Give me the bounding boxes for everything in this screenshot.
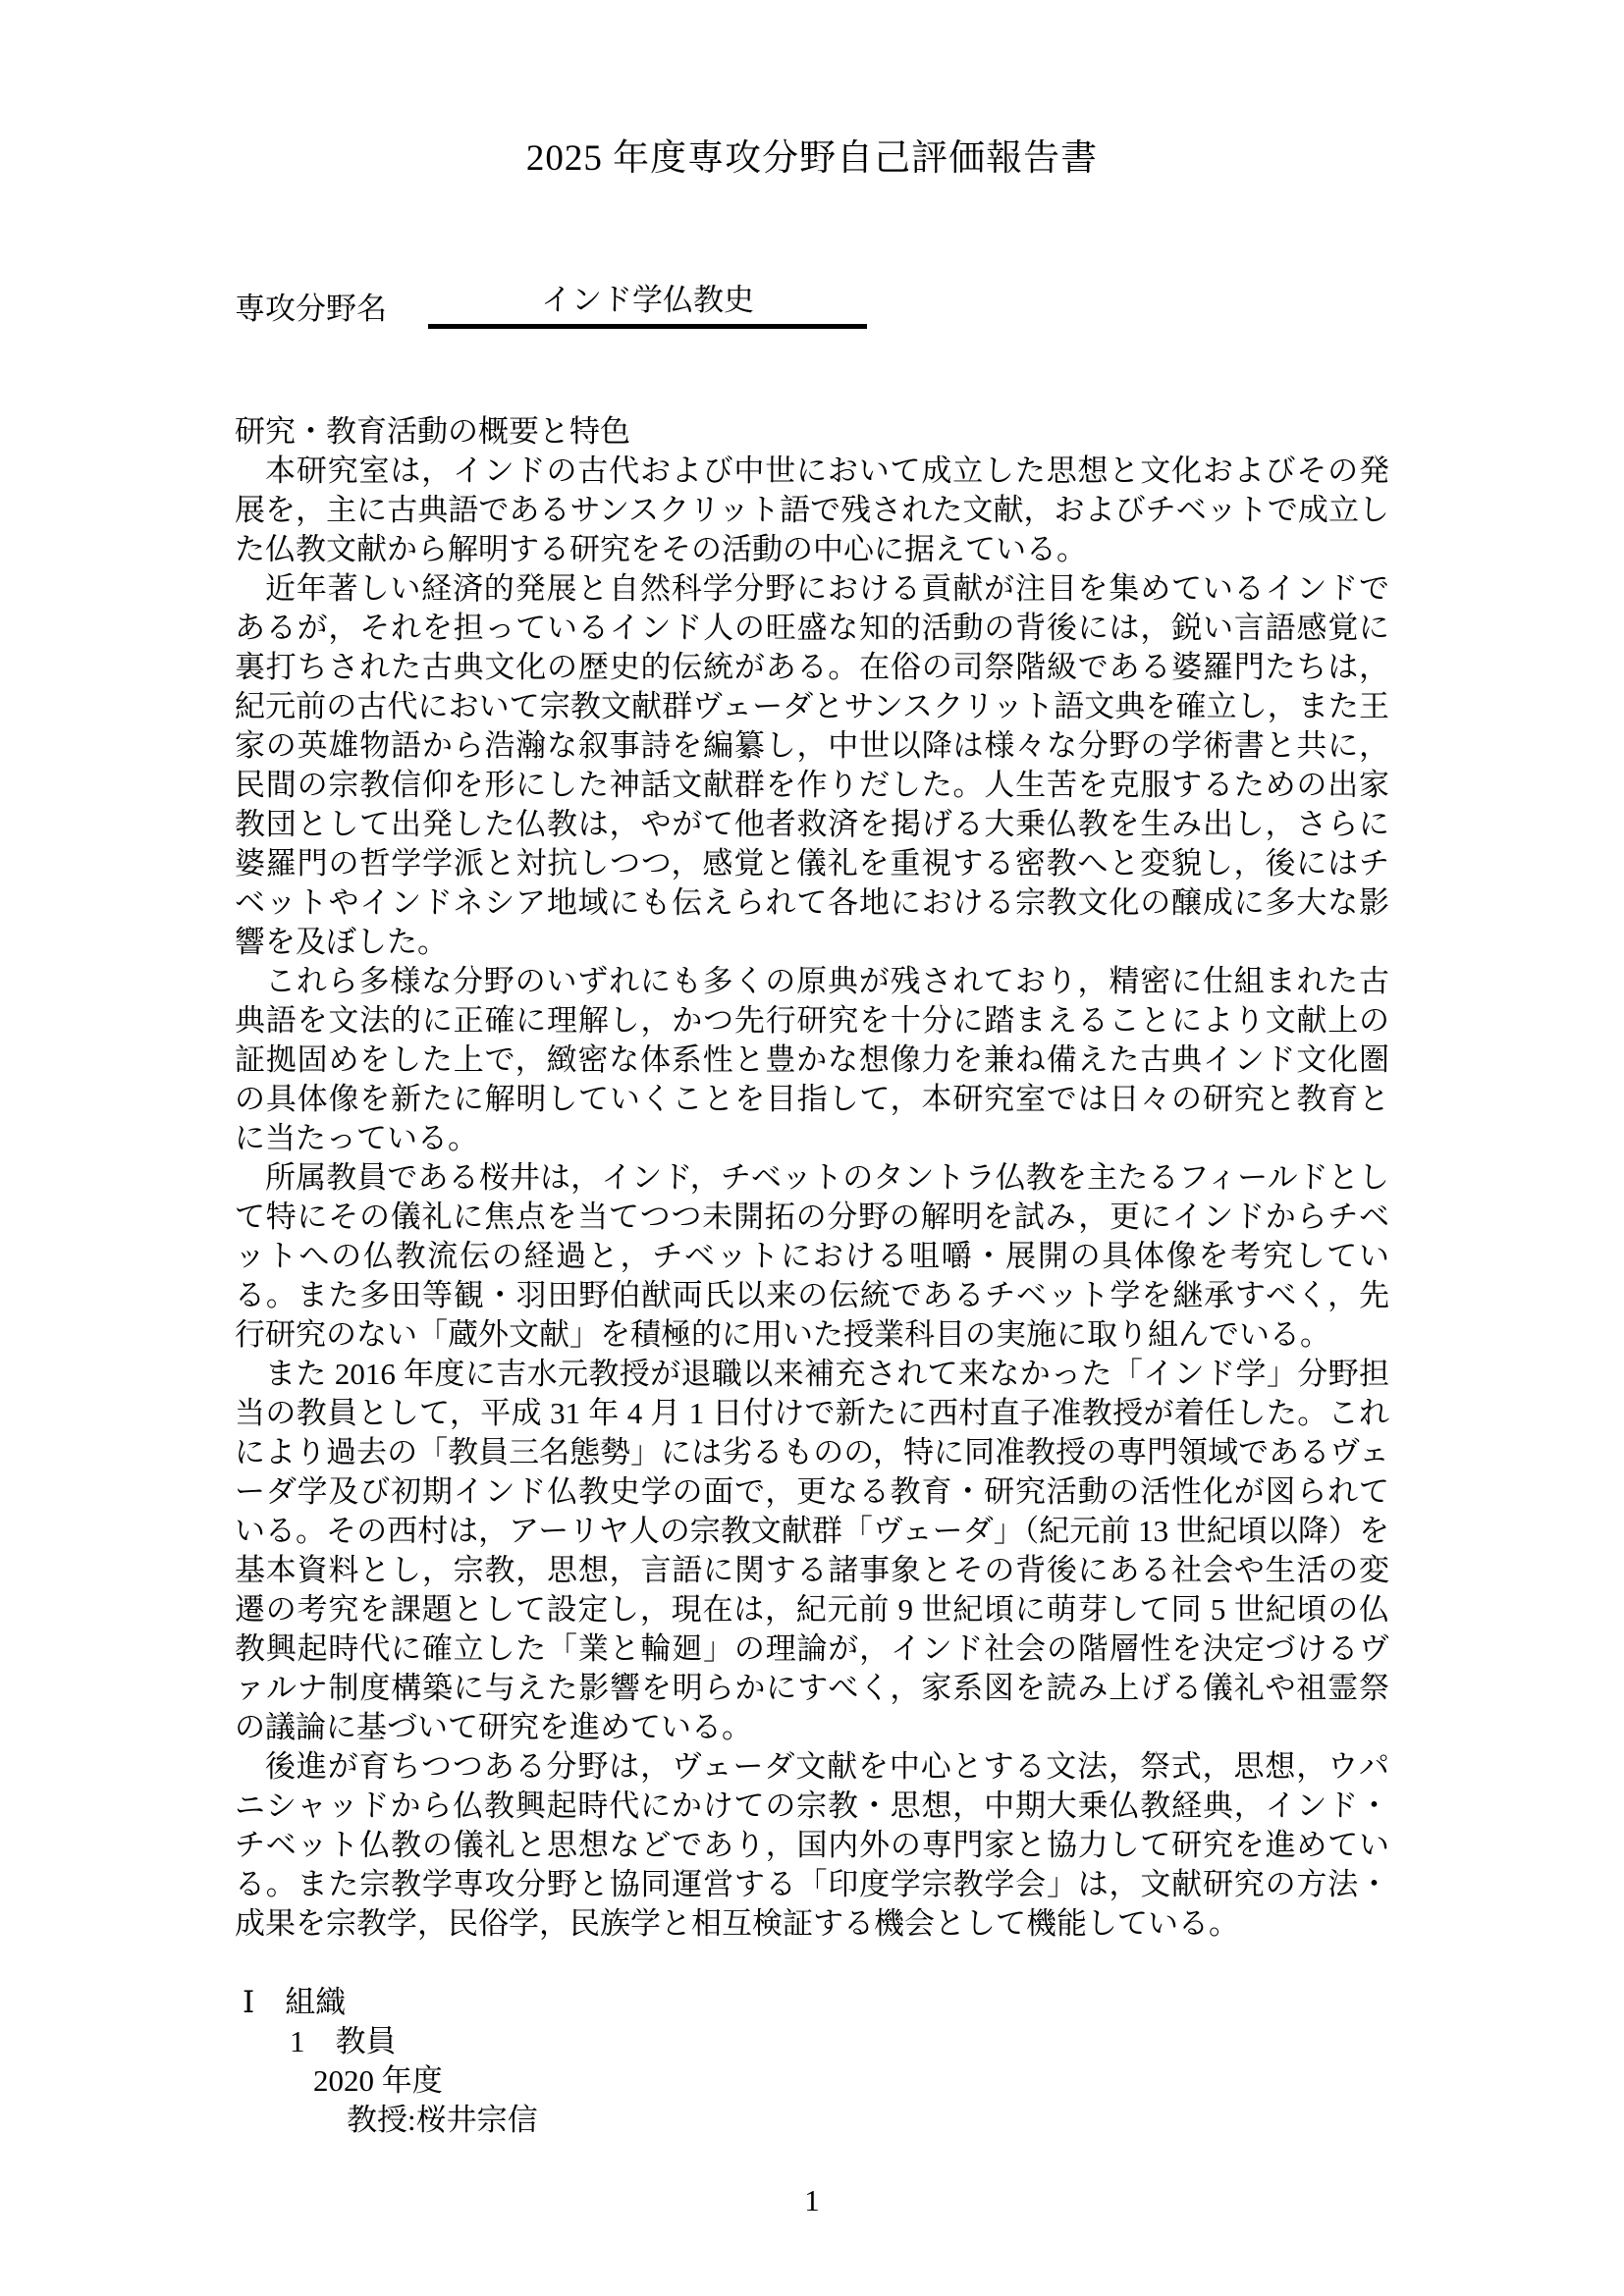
- document-title: 2025 年度専攻分野自己評価報告書: [235, 0, 1389, 183]
- organization-line: 教授:桜井宗信: [235, 2101, 1389, 2140]
- page-number: 1: [0, 2181, 1624, 2220]
- organization-section: Ⅰ 組織1 教員2020 年度教授:桜井宗信: [235, 1983, 1389, 2140]
- body-paragraph: また 2016 年度に吉水元教授が退職以来補充されて来なかった「インド学」分野担…: [235, 1355, 1389, 1747]
- overview-heading: 研究・教育活動の概要と特色: [235, 412, 1389, 452]
- body-paragraph: 所属教員である桜井は，インド，チベットのタントラ仏教を主たるフィールドとして特に…: [235, 1158, 1389, 1355]
- field-label: 専攻分野名: [235, 290, 387, 329]
- report-page: 2025 年度専攻分野自己評価報告書 専攻分野名 インド学仏教史 研究・教育活動…: [0, 0, 1624, 2296]
- field-value-underlined: インド学仏教史: [428, 281, 867, 329]
- body-paragraph: 後進が育ちつつある分野は，ヴェーダ文献を中心とする文法，祭式，思想，ウパニシャッ…: [235, 1747, 1389, 1944]
- organization-line: 1 教員: [235, 2022, 1389, 2061]
- organization-line: 2020 年度: [235, 2061, 1389, 2101]
- body-paragraph: これら多様な分野のいずれにも多くの原典が残されており，精密に仕組まれた古典語を文…: [235, 962, 1389, 1158]
- organization-line: Ⅰ 組織: [235, 1983, 1389, 2022]
- body-paragraph: 近年著しい経済的発展と自然科学分野における貢献が注目を集めているインドであるが，…: [235, 569, 1389, 962]
- report-content: 2025 年度専攻分野自己評価報告書 専攻分野名 インド学仏教史 研究・教育活動…: [0, 0, 1624, 2140]
- overview-body: 本研究室は，インドの古代および中世において成立した思想と文化およびその発展を，主…: [235, 452, 1389, 1944]
- field-row: 専攻分野名 インド学仏教史: [235, 281, 1389, 329]
- body-paragraph: 本研究室は，インドの古代および中世において成立した思想と文化およびその発展を，主…: [235, 452, 1389, 569]
